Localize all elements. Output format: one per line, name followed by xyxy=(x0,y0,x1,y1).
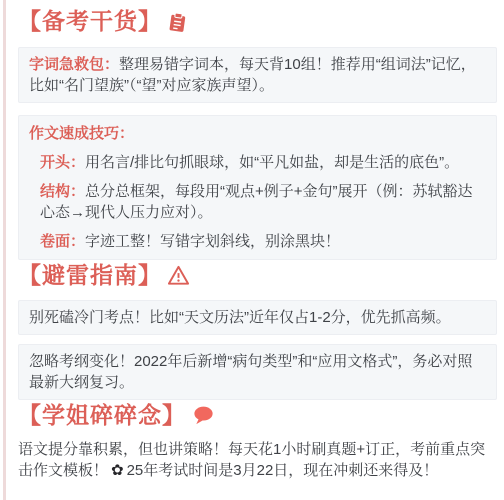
section-title-notes-text: 【学姐碎碎念】 xyxy=(18,400,186,430)
section-title-notes: 【学姐碎碎念】 xyxy=(18,400,497,430)
tip-box-vocab: 字词急救包：整理易错字词本，每天背10组！推荐用“组词法”记忆，比如“名门望族”… xyxy=(18,47,497,103)
essay-item-structure-text: 总分总框架，每段用“观点+例子+金句”展开（例：苏轼豁达心态→现代人压力应对）。 xyxy=(40,183,473,221)
pitfall-box-rare-topics: 别死磕冷门考点！比如“天文历法”近年仅占1-2分，优先抓高频。 xyxy=(18,300,497,335)
warning-icon xyxy=(167,264,190,287)
pitfall-text-rare-topics: 别死磕冷门考点！比如“天文历法”近年仅占1-2分，优先抓高频。 xyxy=(29,309,451,326)
flower-icon: ✿ xyxy=(108,462,127,479)
section-title-prep: 【备考干货】 xyxy=(18,6,497,36)
pitfall-text-syllabus: 忽略考纲变化！2022年后新增“病句类型”和“应用文格式”，务必对照最新大纲复习… xyxy=(29,353,472,391)
section-title-pitfalls-text: 【避雷指南】 xyxy=(18,260,162,290)
essay-item-neatness: 卷面：字迹工整！写错字划斜线，别涂黑块！ xyxy=(29,231,486,252)
pitfall-box-syllabus: 忽略考纲变化！2022年后新增“病句类型”和“应用文格式”，务必对照最新大纲复习… xyxy=(18,344,497,400)
essay-item-opening: 开头：用名言/排比句抓眼球，如“平凡如盐，却是生活的底色”。 xyxy=(29,152,486,173)
essay-item-neatness-label: 卷面： xyxy=(40,233,85,250)
tip-box-essay: 作文速成技巧： 开头：用名言/排比句抓眼球，如“平凡如盐，却是生活的底色”。 结… xyxy=(18,115,497,260)
clipboard-icon xyxy=(166,10,190,34)
section-title-prep-text: 【备考干货】 xyxy=(18,6,162,36)
essay-item-opening-text: 用名言/排比句抓眼球，如“平凡如盐，却是生活的底色”。 xyxy=(85,154,459,171)
closing-paragraph: 语文提分靠积累，但也讲策略！每天花1小时刷真题+订正，考前重点突击作文模板！✿2… xyxy=(18,439,497,481)
speech-bubble-icon xyxy=(191,404,216,427)
essay-item-neatness-text: 字迹工整！写错字划斜线，别涂黑块！ xyxy=(85,233,340,250)
essay-intro-row: 作文速成技巧： xyxy=(29,123,486,144)
page-edge-line xyxy=(3,0,6,500)
essay-intro-label: 作文速成技巧： xyxy=(29,125,134,142)
essay-item-opening-label: 开头： xyxy=(40,154,85,171)
tip-label-vocab: 字词急救包： xyxy=(29,56,119,73)
essay-item-structure: 结构：总分总框架，每段用“观点+例子+金句”展开（例：苏轼豁达心态→现代人压力应… xyxy=(29,181,486,223)
section-title-pitfalls: 【避雷指南】 xyxy=(18,260,497,290)
article-page: 【备考干货】 字词急救包：整理易错字词本，每天背10组！推荐用“组词法”记忆，比… xyxy=(0,0,504,481)
closing-text-2: 25年考试时间是3月22日，现在冲刺还来得及！ xyxy=(127,462,439,479)
essay-item-structure-label: 结构： xyxy=(40,183,85,200)
